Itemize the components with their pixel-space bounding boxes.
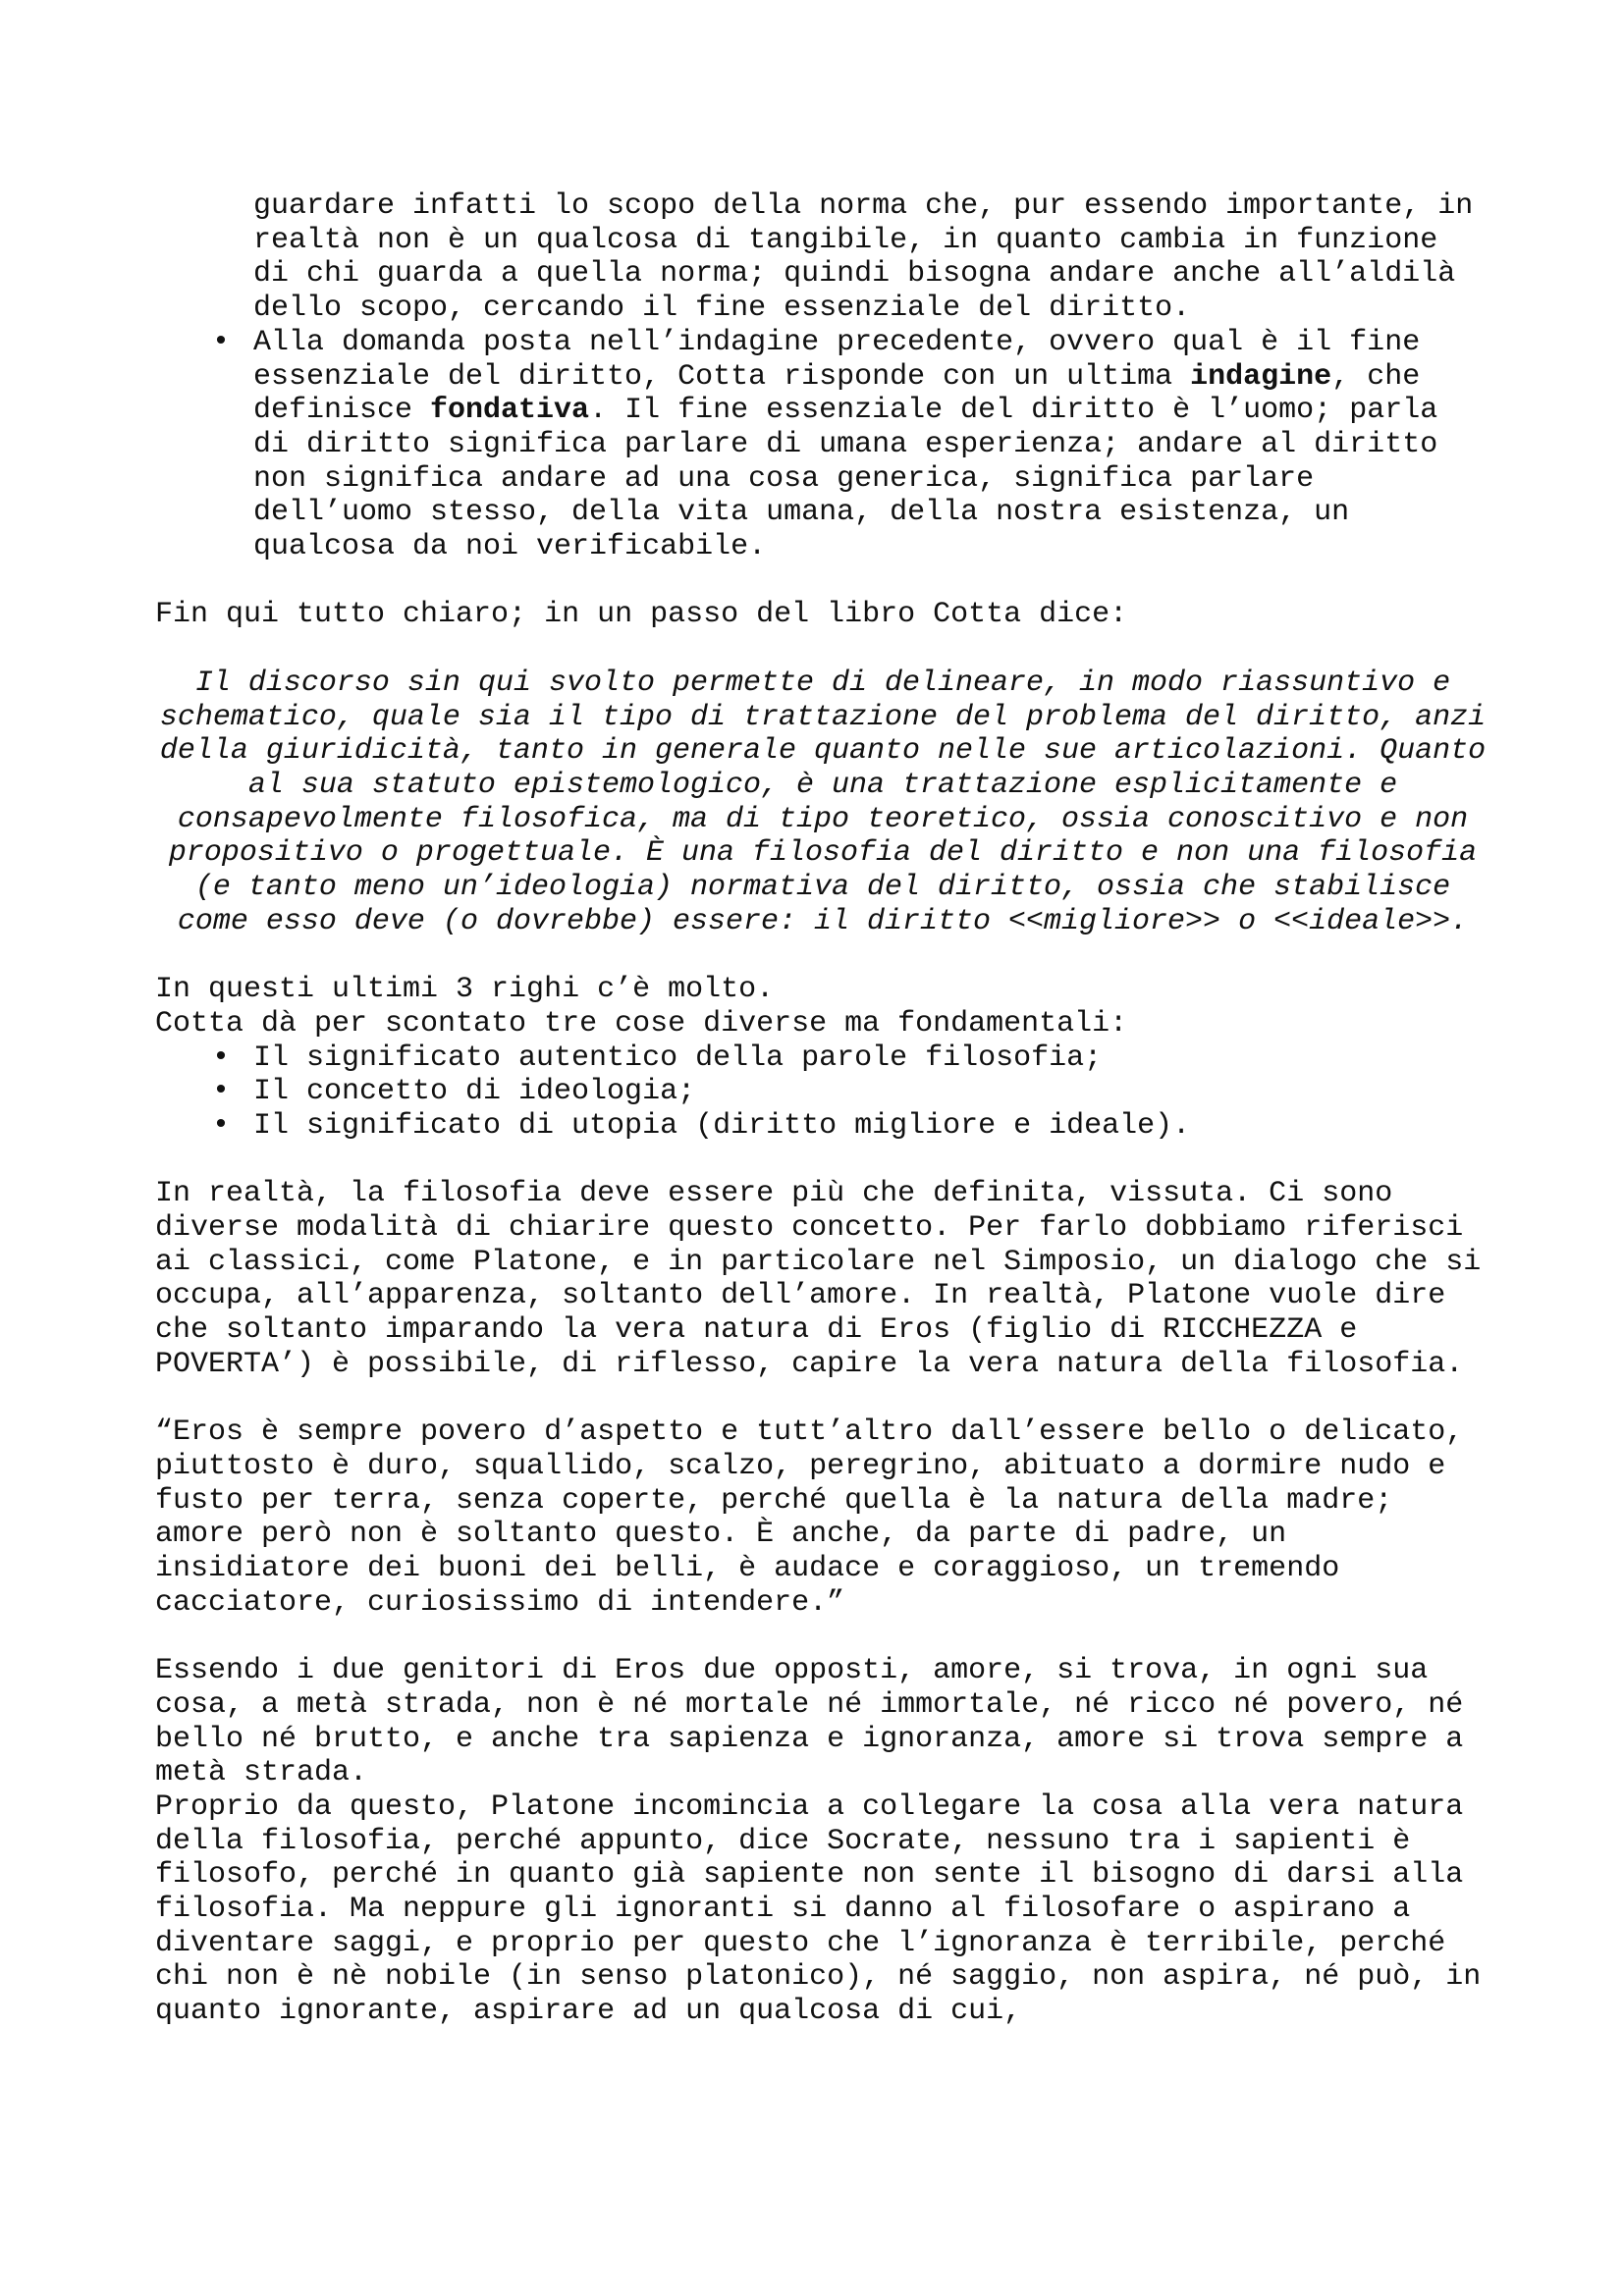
cotta-block-quote: Il discorso sin qui svolto permette di d… [155, 667, 1490, 939]
list-item: • Il significato di utopia (diritto migl… [155, 1109, 1490, 1144]
eros-quote-paragraph: “Eros è sempre povero d’aspetto e tutt’a… [155, 1415, 1490, 1620]
spacer [155, 564, 1490, 599]
bold-term-indagine: indagine [1190, 360, 1331, 394]
socrates-paragraph: Proprio da questo, Platone incomincia a … [155, 1790, 1490, 2029]
three-things-intro: Cotta dà per scontato tre cose diverse m… [155, 1007, 1490, 1041]
spacer [155, 1620, 1490, 1654]
spacer [155, 1144, 1490, 1178]
list-item: • Il significato autentico della parole … [155, 1041, 1490, 1076]
parents-paragraph: Essendo i due genitori di Eros due oppos… [155, 1654, 1490, 1790]
spacer [155, 1382, 1490, 1416]
philosophy-paragraph: In realtà, la filosofia deve essere più … [155, 1177, 1490, 1381]
bullet-icon: • [211, 1109, 231, 1144]
spacer [155, 632, 1490, 667]
list-item: • Il concetto di ideologia; [155, 1075, 1490, 1109]
document-page: guardare infatti lo scopo della norma ch… [155, 189, 1490, 2029]
fondativa-bullet-list: • Alla domanda posta nell’indagine prece… [155, 326, 1490, 564]
bullet-icon: • [211, 1041, 231, 1076]
list-item: • Alla domanda posta nell’indagine prece… [155, 326, 1490, 564]
list-item-text: Il significato autentico della parole fi… [253, 1041, 1102, 1075]
bullet-icon: • [211, 1075, 231, 1109]
spacer [155, 938, 1490, 973]
bold-term-fondativa: fondativa [430, 394, 589, 427]
continuation-paragraph: guardare infatti lo scopo della norma ch… [155, 189, 1490, 326]
intro-quote-line: Fin qui tutto chiaro; in un passo del li… [155, 598, 1490, 632]
three-things-list: • Il significato autentico della parole … [155, 1041, 1490, 1144]
list-item-text: Il concetto di ideologia; [253, 1075, 695, 1108]
last-lines-note: In questi ultimi 3 righi c’è molto. [155, 973, 1490, 1007]
bullet-icon: • [211, 326, 231, 360]
list-item-text: Il significato di utopia (diritto miglio… [253, 1109, 1190, 1143]
